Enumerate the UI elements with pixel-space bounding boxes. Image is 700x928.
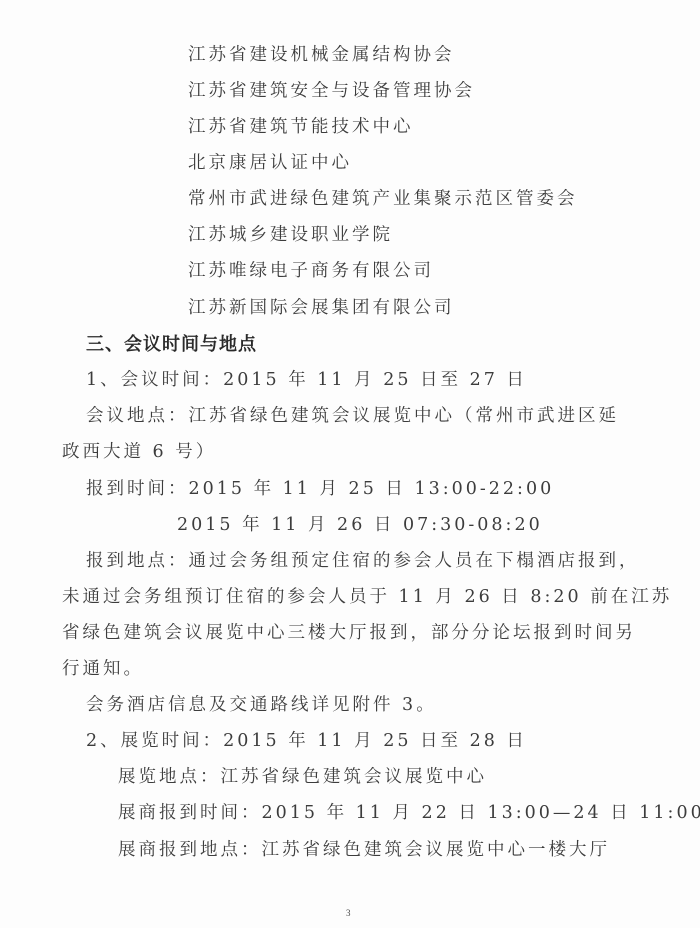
org-item: 北京康居认证中心: [188, 151, 352, 175]
meeting-venue-line1: 会议地点：江苏省绿色建筑会议展览中心（常州市武进区延: [86, 404, 619, 428]
document-page: 江苏省建设机械金属结构协会 江苏省建筑安全与设备管理协会 江苏省建筑节能技术中心…: [0, 0, 700, 928]
exhibition-venue: 展览地点：江苏省绿色建筑会议展览中心: [118, 765, 487, 789]
org-item: 江苏新国际会展集团有限公司: [188, 296, 455, 320]
org-item: 江苏省建设机械金属结构协会: [188, 43, 455, 67]
page-number: 3: [346, 908, 351, 918]
org-item: 江苏省建筑安全与设备管理协会: [188, 79, 475, 103]
exhibitor-checkin-place: 展商报到地点：江苏省绿色建筑会议展览中心一楼大厅: [118, 838, 610, 862]
checkin-place-line3: 省绿色建筑会议展览中心三楼大厅报到，部分分论坛报到时间另: [62, 621, 636, 645]
org-item: 江苏省建筑节能技术中心: [188, 115, 414, 139]
checkin-time-line2: 2015 年 11 月 26 日 07:30-08:20: [177, 513, 543, 537]
checkin-place-line1: 报到地点：通过会务组预定住宿的参会人员在下榻酒店报到，: [86, 549, 640, 573]
section-heading: 三、会议时间与地点: [86, 333, 257, 357]
checkin-time-line1: 报到时间：2015 年 11 月 25 日 13:00-22:00: [86, 477, 554, 501]
checkin-place-line4: 行通知。: [62, 657, 144, 681]
meeting-time: 1、会议时间：2015 年 11 月 25 日至 27 日: [86, 368, 527, 392]
org-item: 常州市武进绿色建筑产业集聚示范区管委会: [188, 187, 578, 211]
exhibitor-checkin-time: 展商报到时间：2015 年 11 月 22 日 13:00—24 日 11:00: [118, 801, 700, 825]
org-item: 江苏城乡建设职业学院: [188, 223, 393, 247]
checkin-place-line2: 未通过会务组预订住宿的参会人员于 11 月 26 日 8:20 前在江苏: [62, 585, 672, 609]
exhibition-time: 2、展览时间：2015 年 11 月 25 日至 28 日: [86, 729, 527, 753]
hotel-note: 会务酒店信息及交通路线详见附件 3。: [86, 693, 437, 717]
org-item: 江苏唯绿电子商务有限公司: [188, 259, 434, 283]
meeting-venue-line2: 政西大道 6 号）: [62, 440, 216, 464]
